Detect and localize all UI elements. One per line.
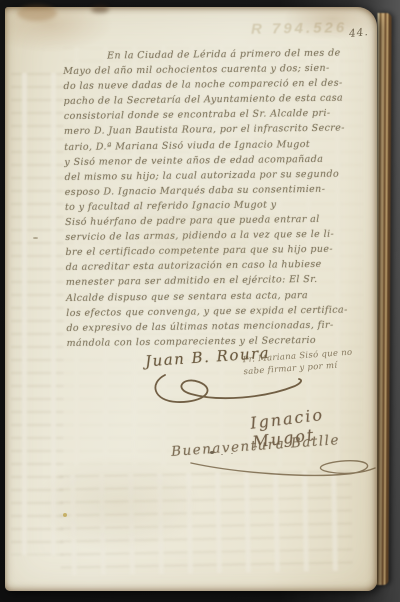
body-text: En la Ciudad de Lérida á primero del mes… [63,45,375,351]
ink-speck [63,513,67,517]
folio-number: 44. [348,26,369,40]
signature-underline-flourish-icon [187,453,379,485]
manuscript-page: R 794.526 44. En la Ciudad de Lérida á p… [5,7,377,591]
manuscript-scan: R 794.526 44. En la Ciudad de Lérida á p… [0,0,400,602]
ink-speck [33,237,38,239]
archive-stamp: R 794.526 [251,19,348,38]
verso-bleed-through [59,470,353,575]
verso-bleed-through [11,73,63,555]
age-stain [91,6,109,13]
age-stain [17,5,57,21]
book-page-edges [375,13,392,585]
